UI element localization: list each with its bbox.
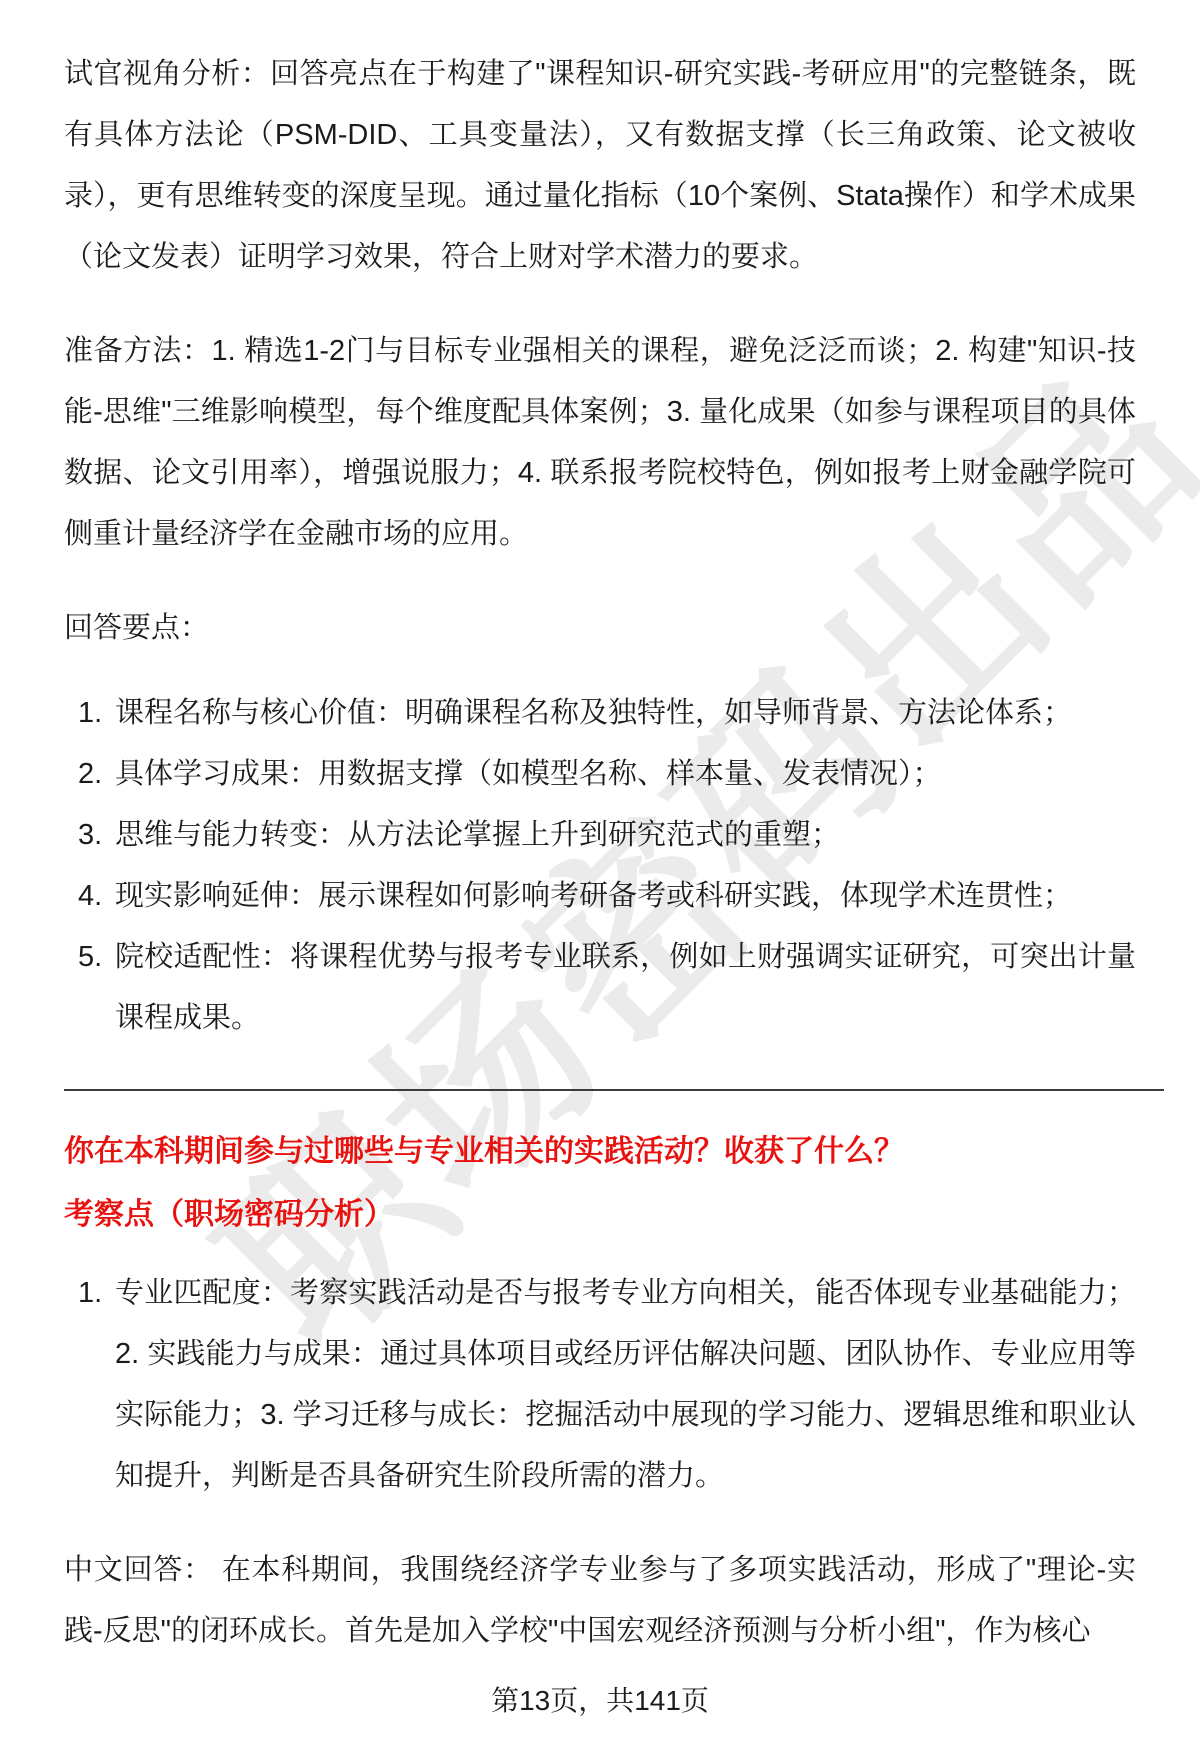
list-item-text: 院校适配性：将课程优势与报考专业联系，例如上财强调实证研究，可突出计量课程成果。: [115, 941, 1136, 1034]
page-footer: 第13页，共141页: [0, 1670, 1200, 1731]
paragraph-interviewer-analysis: 试官视角分析：回答亮点在于构建了"课程知识-研究实践-考研应用"的完整链条，既有…: [64, 44, 1136, 288]
list-item-number: 3.: [78, 805, 102, 866]
document-body: 试官视角分析：回答亮点在于构建了"课程知识-研究实践-考研应用"的完整链条，既有…: [0, 0, 1200, 1662]
list-item: 3. 思维与能力转变：从方法论掌握上升到研究范式的重塑；: [64, 805, 1136, 866]
answer-points-label: 回答要点：: [64, 598, 1136, 659]
answer-points-list: 1. 课程名称与核心价值：明确课程名称及独特性，如导师背景、方法论体系； 2. …: [64, 683, 1136, 1049]
list-item-text: 具体学习成果：用数据支撑（如模型名称、样本量、发表情况）；: [115, 758, 942, 790]
list-item: 1. 专业匹配度：考察实践活动是否与报考专业方向相关，能否体现专业基础能力；2.…: [64, 1263, 1136, 1507]
list-item-number: 5.: [78, 927, 102, 988]
list-item-number: 1.: [78, 683, 102, 744]
list-item: 4. 现实影响延伸：展示课程如何影响考研备考或科研实践，体现学术连贯性；: [64, 866, 1136, 927]
list-item-text: 课程名称与核心价值：明确课程名称及独特性，如导师背景、方法论体系；: [115, 697, 1072, 729]
list-item-number: 4.: [78, 866, 102, 927]
list-item: 5. 院校适配性：将课程优势与报考专业联系，例如上财强调实证研究，可突出计量课程…: [64, 927, 1136, 1049]
section-divider: [64, 1089, 1164, 1091]
list-item: 1. 课程名称与核心价值：明确课程名称及独特性，如导师背景、方法论体系；: [64, 683, 1136, 744]
list-item-text: 现实影响延伸：展示课程如何影响考研备考或科研实践，体现学术连贯性；: [115, 880, 1072, 912]
paragraph-chinese-answer: 中文回答： 在本科期间，我围绕经济学专业参与了多项实践活动，形成了"理论-实践-…: [64, 1540, 1136, 1662]
question-heading: 你在本科期间参与过哪些与专业相关的实践活动？收获了什么？: [64, 1121, 1136, 1182]
list-item-text: 思维与能力转变：从方法论掌握上升到研究范式的重塑；: [115, 819, 840, 851]
document-page: 职场密码出品 试官视角分析：回答亮点在于构建了"课程知识-研究实践-考研应用"的…: [0, 0, 1200, 1755]
list-item-number: 1.: [78, 1263, 102, 1324]
list-item: 2. 具体学习成果：用数据支撑（如模型名称、样本量、发表情况）；: [64, 744, 1136, 805]
exam-point-heading: 考察点（职场密码分析）: [64, 1184, 1136, 1245]
list-item-text: 专业匹配度：考察实践活动是否与报考专业方向相关，能否体现专业基础能力；2. 实践…: [115, 1277, 1136, 1492]
exam-points-list: 1. 专业匹配度：考察实践活动是否与报考专业方向相关，能否体现专业基础能力；2.…: [64, 1263, 1136, 1507]
list-item-number: 2.: [78, 744, 102, 805]
paragraph-preparation-method: 准备方法：1. 精选1-2门与目标专业强相关的课程，避免泛泛而谈；2. 构建"知…: [64, 321, 1136, 565]
